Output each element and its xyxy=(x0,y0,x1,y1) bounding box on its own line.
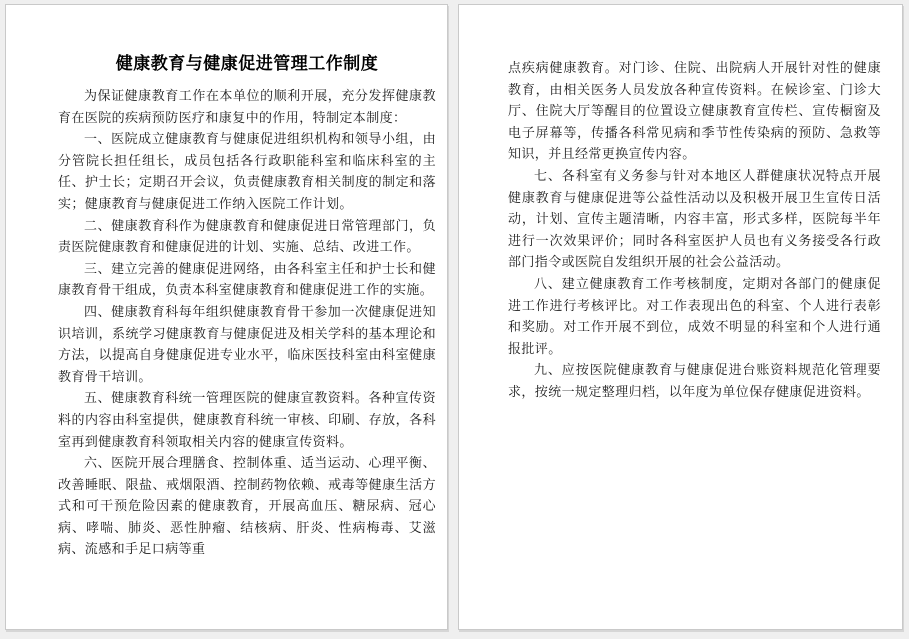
paragraph-item-8: 八、建立健康教育工作考核制度，定期对各部门的健康促进工作进行考核评比。对工作表现… xyxy=(508,273,881,359)
paragraph-item-7: 七、各科室有义务参与针对本地区人群健康状况特点开展健康教育与健康促进等公益性活动… xyxy=(508,165,881,273)
document-page-2[interactable]: 点疾病健康教育。对门诊、住院、出院病人开展针对性的健康教育，由相关医务人员发放各… xyxy=(458,4,903,630)
paragraph-intro: 为保证健康教育工作在本单位的顺利开展，充分发挥健康教育在医院的疾病预防医疗和康复… xyxy=(58,85,436,128)
paragraph-item-6-part-2: 点疾病健康教育。对门诊、住院、出院病人开展针对性的健康教育，由相关医务人员发放各… xyxy=(508,57,881,165)
document-workspace: 健康教育与健康促进管理工作制度 为保证健康教育工作在本单位的顺利开展，充分发挥健… xyxy=(0,0,909,639)
paragraph-item-3: 三、建立完善的健康促进网络，由各科室主任和护士长和健康教育骨干组成，负责本科室健… xyxy=(58,258,436,301)
document-page-1[interactable]: 健康教育与健康促进管理工作制度 为保证健康教育工作在本单位的顺利开展，充分发挥健… xyxy=(5,4,448,630)
paragraph-item-5: 五、健康教育科统一管理医院的健康宣教资料。各种宣传资料的内容由科室提供，健康教育… xyxy=(58,387,436,452)
paragraph-item-9: 九、应按医院健康教育与健康促进台账资料规范化管理要求，按统一规定整理归档，以年度… xyxy=(508,359,881,402)
page-1-content: 健康教育与健康促进管理工作制度 为保证健康教育工作在本单位的顺利开展，充分发挥健… xyxy=(6,5,447,560)
paragraph-item-2: 二、健康教育科作为健康教育和健康促进日常管理部门，负责医院健康教育和健康促进的计… xyxy=(58,215,436,258)
paragraph-item-6-part-1: 六、医院开展合理膳食、控制体重、适当运动、心理平衡、改善睡眠、限盐、戒烟限酒、控… xyxy=(58,452,436,560)
paragraph-item-1: 一、医院成立健康教育与健康促进组织机构和领导小组，由分管院长担任组长，成员包括各… xyxy=(58,128,436,214)
page-2-content: 点疾病健康教育。对门诊、住院、出院病人开展针对性的健康教育，由相关医务人员发放各… xyxy=(459,5,902,403)
paragraph-item-4: 四、健康教育科每年组织健康教育骨干参加一次健康促进知识培训，系统学习健康教育与健… xyxy=(58,301,436,387)
document-title: 健康教育与健康促进管理工作制度 xyxy=(58,51,436,77)
